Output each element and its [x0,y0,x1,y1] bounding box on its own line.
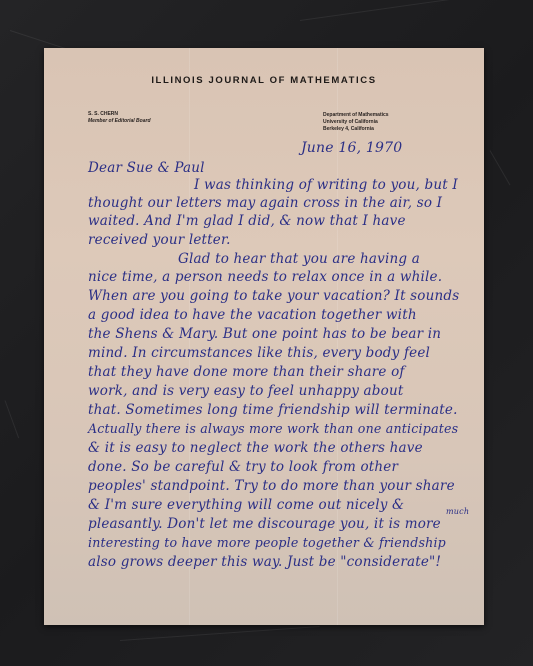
letter-line: When are you going to take your vacation… [88,288,459,304]
surface-scratch [120,626,320,641]
letter-line: & I'm sure everything will come out nice… [88,497,404,513]
letter-line: mind. In circumstances like this, every … [88,345,430,361]
letter-line: also grows deeper this way. Just be "con… [88,554,441,570]
surface-scratch [5,400,20,438]
inserted-word: much [446,507,469,516]
address-line: University of California [323,119,389,126]
address-line: Department of Mathematics [323,112,389,119]
letter-line: nice time, a person needs to relax once … [88,269,442,285]
letter-line: waited. And I'm glad I did, & now that I… [88,213,406,229]
surface-scratch [490,150,511,185]
letter-line: done. So be careful & try to look from o… [88,459,398,475]
letter-line: work, and is very easy to feel unhappy a… [88,383,403,399]
letter-date: June 16, 1970 [301,140,402,156]
sender-name: S. S. CHERN [88,111,151,118]
address-line: Berkeley 4, California [323,126,389,133]
letter-line: received your letter. [88,232,231,248]
letter-page: ILLINOIS JOURNAL OF MATHEMATICS S. S. CH… [44,48,484,625]
letter-line: peoples' standpoint. Try to do more than… [88,478,455,494]
sender-role: Member of Editorial Board [88,118,151,125]
letter-line: that they have done more than their shar… [88,364,405,380]
surface-scratch [300,0,459,21]
address-block: Department of Mathematics University of … [323,112,389,133]
journal-title: ILLINOIS JOURNAL OF MATHEMATICS [44,75,484,86]
letter-line: interesting to have more people together… [88,535,446,550]
letter-line: Glad to hear that you are having a [178,251,420,267]
letter-line: that. Sometimes long time friendship wil… [88,402,458,418]
letter-line: a good idea to have the vacation togethe… [88,307,417,323]
salutation: Dear Sue & Paul [88,160,205,176]
letter-line: the Shens & Mary. But one point has to b… [88,326,441,342]
letter-line: thought our letters may again cross in t… [88,195,442,211]
letter-line: pleasantly. Don't let me discourage you,… [88,516,441,532]
letter-line: Actually there is always more work than … [88,421,458,436]
sender-block: S. S. CHERN Member of Editorial Board [88,111,151,125]
letter-line: & it is easy to neglect the work the oth… [88,440,423,456]
letter-line: I was thinking of writing to you, but I [194,177,458,193]
